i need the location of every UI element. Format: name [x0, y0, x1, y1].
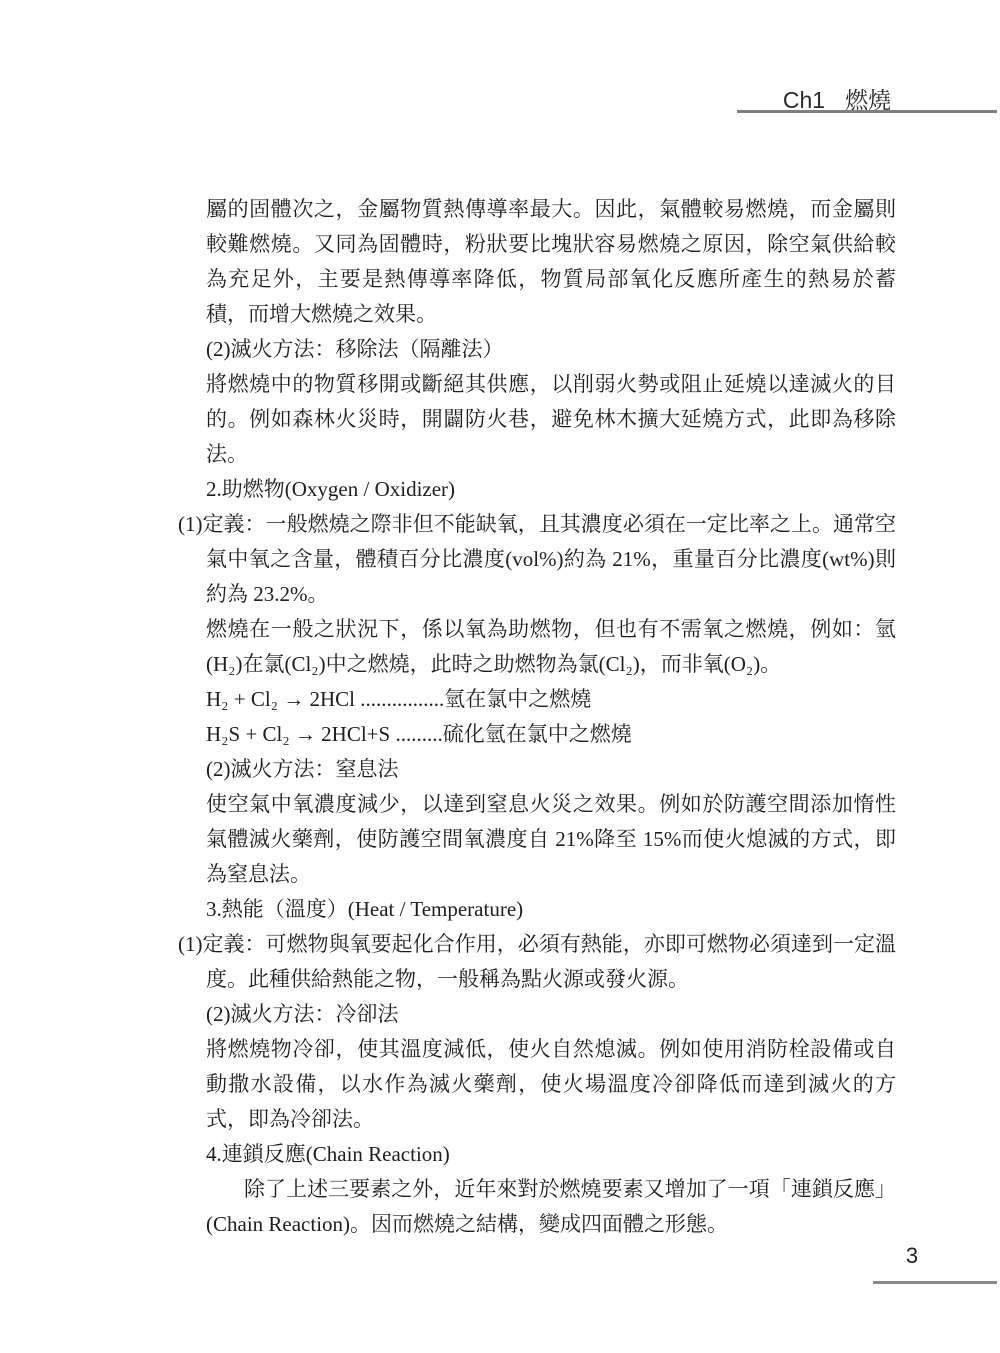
equation-formula: H₂S + Cl₂ → 2HCl+S: [206, 722, 390, 746]
paragraph-extinguish-removal: 將燃燒中的物質移開或斷絕其供應，以削弱火勢或阻止延燒以達滅火的目的。例如森林火災…: [206, 367, 896, 472]
heading-extinguish-cooling: (2)滅火方法：冷卻法: [206, 997, 896, 1032]
heading-section-2-oxidizer: 2.助燃物(Oxygen / Oxidizer): [206, 472, 896, 507]
footer-rule: [873, 1281, 997, 1284]
paragraph-extinguish-suffocation: 使空氣中氧濃度減少，以達到窒息火災之效果。例如於防護空間添加惰性氣體滅火藥劑，使…: [206, 787, 896, 892]
paragraph-extinguish-cooling: 將燃燒物冷卻，使其溫度減低，使火自然熄滅。例如使用消防栓設備或自動撒水設備，以水…: [206, 1032, 896, 1137]
page-body: 屬的固體次之，金屬物質熱傳導率最大。因此，氣體較易燃燒，而金屬則較難燃燒。又同為…: [206, 192, 896, 1242]
equation-leader-dots: .........: [390, 722, 443, 746]
equation-leader-dots: ................: [355, 687, 444, 711]
heading-section-3-heat: 3.熱能（溫度）(Heat / Temperature): [206, 892, 896, 927]
chemical-equation-hydrogen-sulfide-chlorine: H₂S + Cl₂ → 2HCl+S .........硫化氫在氯中之燃燒: [206, 717, 896, 752]
heading-extinguish-suffocation: (2)滅火方法：窒息法: [206, 752, 896, 787]
heading-section-4-chain-reaction: 4.連鎖反應(Chain Reaction): [206, 1137, 896, 1172]
equation-label: 氫在氯中之燃燒: [444, 687, 591, 711]
header-rule: [737, 110, 997, 113]
paragraph-section-2-note: 燃燒在一般之狀況下，係以氧為助燃物，但也有不需氧之燃燒，例如：氫(H₂)在氯(C…: [206, 612, 896, 682]
paragraph-continuation: 屬的固體次之，金屬物質熱傳導率最大。因此，氣體較易燃燒，而金屬則較難燃燒。又同為…: [206, 192, 896, 332]
heading-extinguish-removal: (2)滅火方法：移除法（隔離法）: [206, 332, 896, 367]
equation-formula: H₂ + Cl₂ → 2HCl: [206, 687, 355, 711]
document-page: Ch1燃燒 屬的固體次之，金屬物質熱傳導率最大。因此，氣體較易燃燒，而金屬則較難…: [0, 0, 1000, 1353]
page-number: 3: [850, 1243, 974, 1269]
paragraph-section-2-definition: (1)定義：一般燃燒之際非但不能缺氧，且其濃度必須在一定比率之上。通常空氣中氧之…: [206, 507, 896, 612]
paragraph-section-3-definition: (1)定義：可燃物與氧要起化合作用，必須有熱能，亦即可燃物必須達到一定溫度。此種…: [206, 927, 896, 997]
equation-label: 硫化氫在氯中之燃燒: [443, 722, 632, 746]
chemical-equation-hydrogen-chlorine: H₂ + Cl₂ → 2HCl ................氫在氯中之燃燒: [206, 682, 896, 717]
paragraph-section-4-body: 除了上述三要素之外，近年來對於燃燒要素又增加了一項「連鎖反應」(Chain Re…: [206, 1172, 896, 1242]
